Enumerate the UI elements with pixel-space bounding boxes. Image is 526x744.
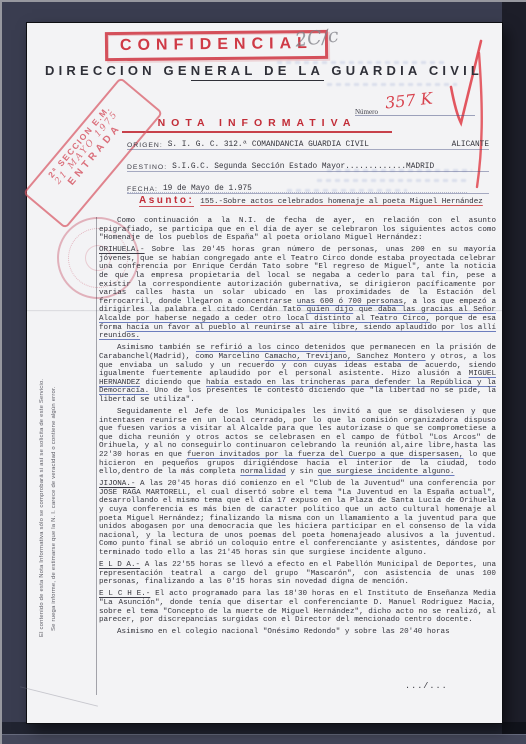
body-paragraph: Como continuación a la N.I. de fecha de … bbox=[99, 217, 496, 243]
paragraph-text: y sin bbox=[286, 468, 318, 476]
section-heading: E L C H E.- bbox=[99, 590, 150, 598]
section-heading: E L D A.- bbox=[99, 561, 140, 569]
asunto-row: Asunto: 155.-Sobre actos celebrados home… bbox=[139, 195, 491, 207]
photo-mat-right bbox=[502, 2, 526, 744]
paragraph-text: A las 22'55 horas se llevó a efecto en e… bbox=[99, 561, 496, 586]
numero-label: Número bbox=[355, 108, 378, 116]
body-paragraph: Asimismo en el colegio nacional "Onésimo… bbox=[99, 628, 496, 637]
margin-note-outer: El contenido de esta Nota Informativa só… bbox=[39, 292, 45, 637]
origen-label: ORIGEN: bbox=[127, 142, 163, 149]
asunto-label: Asunto: bbox=[139, 195, 194, 207]
title-underlined: NERAL DE LA bbox=[191, 63, 324, 81]
destino-label: DESTINO: bbox=[127, 164, 167, 171]
numero-field: Número 357 K bbox=[355, 101, 475, 116]
destino-value: S.I.G.C. Segunda Sección Estado Mayor...… bbox=[172, 163, 434, 171]
title-pre: DIRECCION GE bbox=[45, 63, 191, 78]
body-paragraph: Seguidamente el Jefe de los Municipales … bbox=[99, 408, 496, 477]
form-dotted-rule bbox=[127, 191, 467, 193]
paragraph-text: diciendo que bbox=[140, 379, 206, 387]
ink-underlined-text: fueron invitados por la fuerza del Cuerp… bbox=[187, 451, 463, 459]
paragraph-text: A las 20'45 horas dió comienzo en el "Cl… bbox=[99, 480, 496, 557]
origen-row: ORIGEN: S. I. G. C. 312.ª COMANDANCIA GU… bbox=[127, 135, 489, 150]
ink-underlined-text: quien dijo bbox=[307, 306, 354, 314]
body-paragraph: Asimismo también se refirió a los cinco … bbox=[99, 344, 496, 404]
origen-place: ALICANTE bbox=[452, 141, 489, 149]
margin-rule-line bbox=[96, 217, 97, 695]
section-heading: ORIHUELA.- bbox=[99, 246, 145, 254]
paragraph-text: que bbox=[353, 306, 378, 314]
body-paragraph: ORIHUELA.- Sobre las 20'45 horas gran nú… bbox=[99, 246, 496, 341]
entry-stamp-section: 2ª SECCION E.M. bbox=[28, 82, 131, 202]
pencil-annotation: 2C/c bbox=[294, 24, 340, 51]
title-post: GUARDIA CIVIL bbox=[324, 63, 483, 78]
body-text: Como continuación a la N.I. de fecha de … bbox=[99, 217, 496, 640]
ink-bleed bbox=[327, 83, 457, 86]
paragraph-text: Asimismo en el colegio nacional "Onésimo… bbox=[117, 628, 450, 636]
ink-underlined-text: Camacho, Trevijano, Sanchez Montero bbox=[265, 353, 426, 361]
paragraph-text: Como continuación a la N.I. de fecha de … bbox=[99, 217, 496, 242]
ink-underlined-text: se refirió a los cinco detenidos bbox=[196, 344, 346, 352]
body-paragraph: E L D A.- A las 22'55 horas se llevó a e… bbox=[99, 561, 496, 587]
nota-informativa-title: NOTA INFORMATIVA bbox=[122, 117, 392, 133]
ink-underlined-text: normalidad bbox=[240, 468, 286, 476]
body-paragraph: JIJONA.- A las 20'45 horas dió comienzo … bbox=[99, 480, 496, 557]
body-paragraph: E L C H E.- El acto programado para las … bbox=[99, 590, 496, 624]
ink-underlined-text: hacía un favor al pueblo al reunirse al … bbox=[99, 324, 496, 341]
ink-underlined-text: unas 600 ó 700 personas bbox=[297, 298, 403, 306]
paragraph-text: El acto programado para las 18'30 horas … bbox=[99, 590, 496, 624]
entry-stamp-entrada: ENTRADA bbox=[43, 94, 147, 214]
photographed-document: CONFIDENCIAL 2C/c DIRECCION GENERAL DE L… bbox=[0, 0, 526, 744]
paragraph-text: Uno de los presentes le contestó diciend… bbox=[99, 387, 496, 404]
margin-note-inner: Se ruega informe, de estimarse que la N.… bbox=[51, 286, 57, 631]
ink-underlined-text: que surgiese incidente alguno. bbox=[318, 468, 455, 476]
page-title: DIRECCION GENERAL DE LA GUARDIA CIVIL bbox=[45, 63, 474, 78]
paragraph-text: Asimismo también bbox=[117, 344, 196, 352]
entry-stamp-date: 21 MAYO 1975 bbox=[35, 88, 138, 208]
section-heading: JIJONA.- bbox=[99, 480, 135, 488]
origen-value: S. I. G. C. 312.ª COMANDANCIA GUARDIA CI… bbox=[168, 141, 369, 149]
corner-crease bbox=[20, 686, 98, 706]
destino-row: DESTINO: S.I.G.C. Segunda Sección Estado… bbox=[127, 157, 489, 172]
numero-handwritten-value: 357 K bbox=[384, 89, 433, 113]
photo-mat-strip bbox=[2, 734, 526, 744]
continuation-mark: .../... bbox=[405, 681, 448, 691]
asunto-value: 155.-Sobre actos celebrados homenaje al … bbox=[200, 198, 483, 206]
document-page: CONFIDENCIAL 2C/c DIRECCION GENERAL DE L… bbox=[27, 23, 502, 723]
